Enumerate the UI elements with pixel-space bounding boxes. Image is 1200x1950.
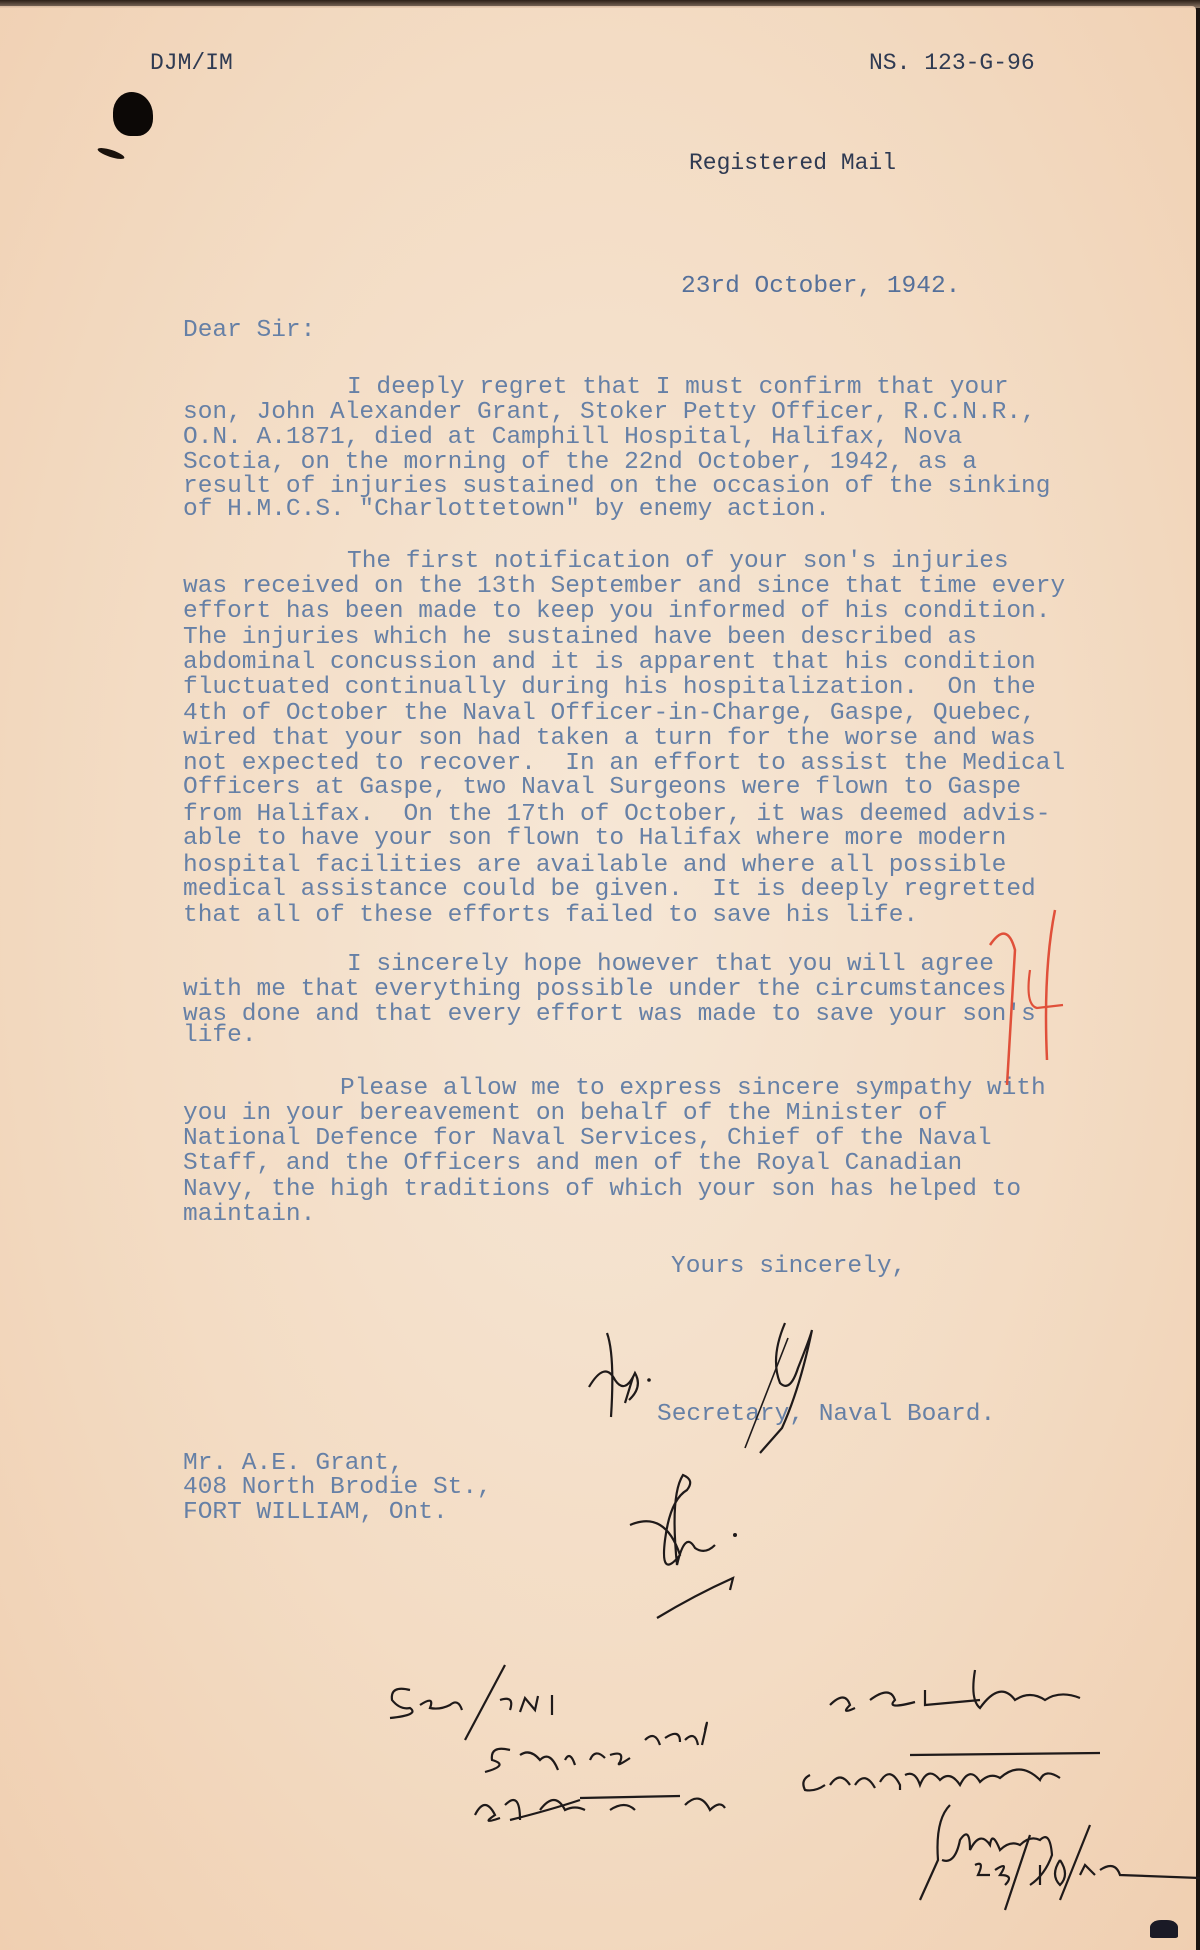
text-line: of H.M.C.S. "Charlottetown" by enemy act… (183, 497, 830, 523)
text-line: able to have your son flown to Halifax w… (183, 826, 1006, 852)
paper-top-edge (0, 0, 1200, 8)
text-line: was done and that every effort was made … (183, 1002, 1036, 1028)
initials-ho (585, 1325, 655, 1430)
text-line: Navy, the high traditions of which your … (183, 1177, 1021, 1203)
text-line: life. (183, 1023, 257, 1049)
text-line: maintain. (183, 1202, 315, 1228)
salutation: Dear Sir: (183, 318, 315, 344)
text-line: fluctuated continually during his hospit… (183, 675, 1036, 701)
handwritten-initials-icon (585, 1325, 655, 1425)
red-number-74 (985, 910, 1065, 1090)
text-line: medical assistance could be given. It is… (183, 877, 1036, 903)
handwritten-note-strokes (380, 1660, 1180, 1940)
recipient-street: 408 North Brodie St., (183, 1475, 492, 1501)
reference-right: NS. 123-G-96 (869, 50, 1035, 76)
text-line: I deeply regret that I must confirm that… (347, 375, 1009, 401)
text-line: 4th of October the Naval Officer-in-Char… (183, 701, 1036, 727)
handwritten-initials-icon (740, 1318, 830, 1458)
text-line: wired that your son had taken a turn for… (183, 726, 1036, 752)
text-line: son, John Alexander Grant, Stoker Petty … (183, 400, 1036, 426)
text-line: Please allow me to express sincere sympa… (340, 1076, 1046, 1102)
text-line: was received on the 13th September and s… (183, 574, 1065, 600)
text-line: O.N. A.1871, died at Camphill Hospital, … (183, 425, 962, 451)
closing: Yours sincerely, (671, 1254, 906, 1280)
handwritten-note (380, 1660, 1180, 1945)
text-line: Officers at Gaspe, two Naval Surgeons we… (183, 775, 1021, 801)
text-line: The first notification of your son's inj… (347, 549, 1009, 575)
reference-left: DJM/IM (150, 50, 233, 76)
delivery-note: Registered Mail (689, 150, 896, 176)
text-line: National Defence for Naval Services, Chi… (183, 1126, 992, 1152)
recipient-city: FORT WILLIAM, Ont. (183, 1500, 448, 1526)
initials-g (740, 1318, 830, 1463)
letter-date: 23rd October, 1942. (681, 274, 960, 300)
punch-hole (113, 92, 153, 136)
text-line: The injuries which he sustained have bee… (183, 625, 977, 651)
text-line: with me that everything possible under t… (183, 977, 1006, 1003)
ink-blot (1150, 1920, 1178, 1938)
handwritten-initials-icon (625, 1470, 745, 1620)
text-line: I sincerely hope however that you will a… (347, 952, 994, 978)
text-line: abdominal concussion and it is apparent … (183, 650, 1036, 676)
initials-sh (625, 1470, 745, 1625)
text-line: that all of these efforts failed to save… (183, 903, 918, 929)
text-line: you in your bereavement on behalf of the… (183, 1101, 948, 1127)
red-pencil-mark (985, 910, 1065, 1095)
text-line: Staff, and the Officers and men of the R… (183, 1151, 962, 1177)
text-line: effort has been made to keep you informe… (183, 599, 1050, 625)
